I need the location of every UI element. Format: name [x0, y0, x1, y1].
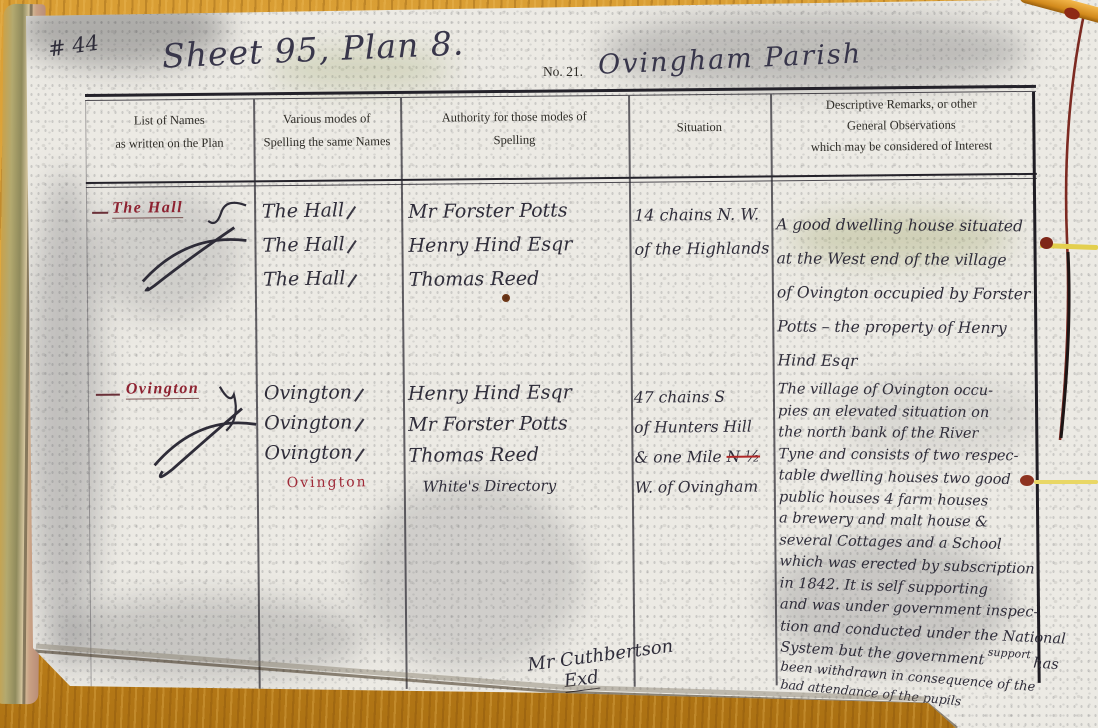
- paper-bottom-edge: [0, 0, 1098, 728]
- paper-sheet: # 44 Sheet 95, Plan 8. No. 21. Ovingham …: [0, 0, 1098, 728]
- photographed-ledger-page: # 44 Sheet 95, Plan 8. No. 21. Ovingham …: [0, 0, 1098, 728]
